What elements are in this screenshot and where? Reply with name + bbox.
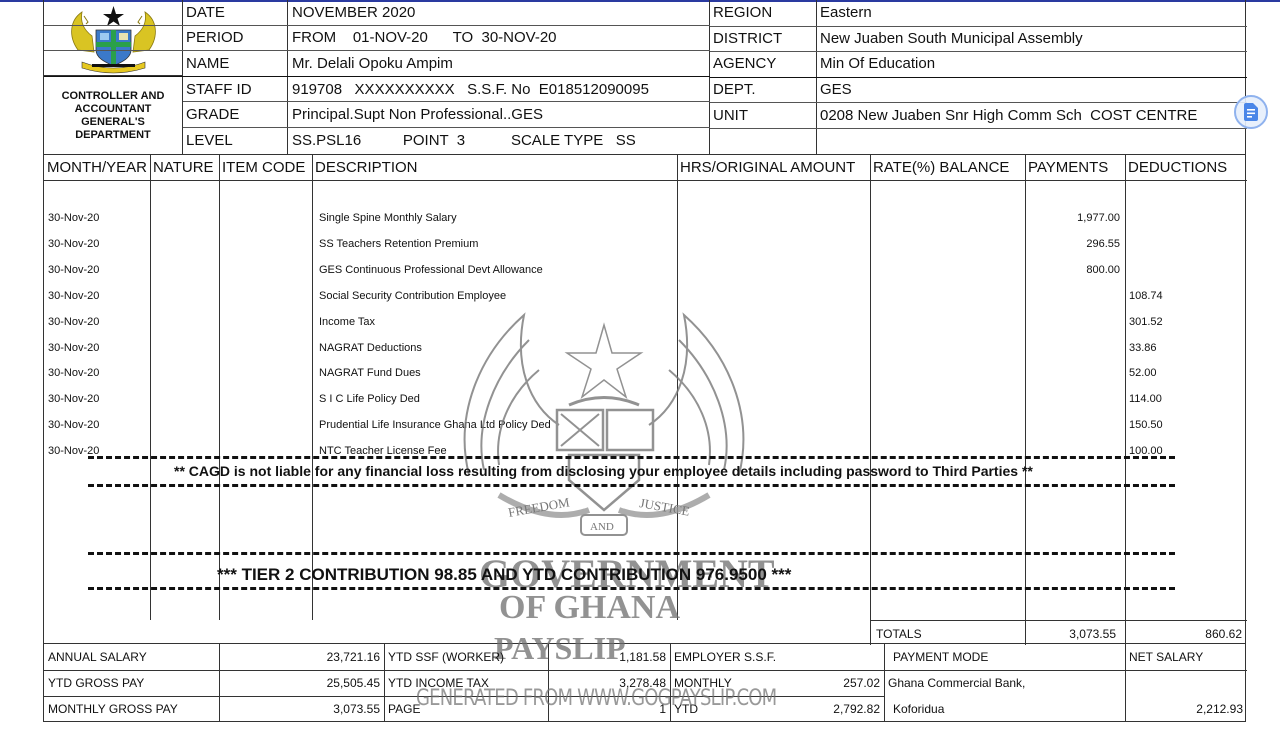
employer-ssf-label: EMPLOYER S.S.F. [670,644,780,670]
col-divider [150,155,151,620]
dashed-separator [88,456,1175,459]
floating-document-button[interactable] [1234,95,1268,129]
payment-mode-line2: Koforidua [889,696,948,722]
row-deduction: 52.00 [1129,367,1157,379]
row-description: NAGRAT Fund Dues [319,367,421,379]
col-month-year: MONTH/YEAR [44,155,150,181]
district-label: DISTRICT [710,26,817,52]
col-hrs-original-amount: HRS/ORIGINAL AMOUNT [677,155,870,181]
totals-label: TOTALS [876,627,922,641]
divider [710,51,1247,52]
row-month: 30-Nov-20 [48,264,99,276]
empty-value [817,128,1247,154]
dashed-separator [88,484,1175,487]
net-salary-value: 2,212.93 [1125,696,1247,722]
row-description: Social Security Contribution Employee [319,290,506,302]
header-row-dept: DEPT. GES [44,77,1247,103]
row-description: NAGRAT Deductions [319,342,422,354]
row-deduction: 301.52 [1129,316,1163,328]
col-divider [1125,155,1126,645]
col-rate-balance: RATE(%) BALANCE [870,155,1025,181]
agency-value: Min Of Education [817,51,1247,77]
col-deductions: DEDUCTIONS [1125,155,1247,181]
agency-label: AGENCY [710,51,817,77]
row-month: 30-Nov-20 [48,419,99,431]
dept-value: GES [817,77,1247,103]
totals-payments: 3,073.55 [1031,627,1116,641]
tier2-contribution: *** TIER 2 CONTRIBUTION 98.85 AND YTD CO… [217,565,791,585]
watermark-generated: GENERATED FROM WWW.GOGPAYSLIP.COM [416,686,776,711]
svg-text:FREEDOM: FREEDOM [507,494,571,520]
col-divider [870,155,871,645]
divider [710,26,1247,27]
col-divider [312,155,313,620]
dept-label: DEPT. [710,77,817,103]
divider [710,102,1247,103]
payslip-header: CONTROLLER AND ACCOUNTANT GENERAL'S DEPA… [43,0,1246,154]
svg-text:JUSTICE: JUSTICE [638,495,690,519]
row-description: GES Continuous Professional Devt Allowan… [319,264,543,276]
empty-label [710,128,817,154]
document-icon [1244,103,1258,121]
payment-mode-line1: Ghana Commercial Bank, [884,670,1029,696]
region-label: REGION [710,0,817,26]
col-nature: NATURE [150,155,219,181]
summary-row-1: ANNUAL SALARY 23,721.16 YTD SSF (WORKER)… [44,644,1247,670]
row-month: 30-Nov-20 [48,316,99,328]
unit-value: 0208 New Juaben Snr High Comm Sch COST C… [817,102,1247,128]
net-salary-label: NET SALARY [1125,644,1207,670]
monthly-gross-label: MONTHLY GROSS PAY [44,696,182,722]
col-divider [219,155,220,620]
row-deduction: 150.50 [1129,419,1163,431]
ytd-ssf-label: YTD SSF (WORKER) [384,644,508,670]
payslip-items-table: MONTH/YEAR NATURE ITEM CODE DESCRIPTION … [43,154,1246,644]
row-month: 30-Nov-20 [48,367,99,379]
row-deduction: 108.74 [1129,290,1163,302]
region-value: Eastern [817,0,1247,26]
row-month: 30-Nov-20 [48,290,99,302]
header-row-region: REGION Eastern [44,0,1247,26]
row-month: 30-Nov-20 [48,212,99,224]
col-divider [1025,155,1026,645]
header-row-agency: AGENCY Min Of Education [44,51,1247,77]
ytd-gross-label: YTD GROSS PAY [44,670,148,696]
row-payment: 1,977.00 [1025,212,1120,224]
district-value: New Juaben South Municipal Assembly [817,26,1247,52]
row-payment: 296.55 [1025,238,1120,250]
annual-salary-value: 23,721.16 [219,644,384,670]
row-description: Single Spine Monthly Salary [319,212,457,224]
payslip: CONTROLLER AND ACCOUNTANT GENERAL'S DEPA… [43,0,1246,725]
row-month: 30-Nov-20 [48,342,99,354]
payment-mode-label: PAYMENT MODE [889,644,992,670]
row-month: 30-Nov-20 [48,238,99,250]
row-deduction: 114.00 [1129,393,1162,405]
row-deduction: 33.86 [1129,342,1157,354]
col-payments: PAYMENTS [1025,155,1125,181]
row-description: SS Teachers Retention Premium [319,238,478,250]
watermark-of-ghana: OF GHANA [499,589,680,627]
header-row-empty [44,128,1247,154]
divider [710,77,1247,78]
ytd-gross-value: 25,505.45 [219,670,384,696]
header-row-district: DISTRICT New Juaben South Municipal Asse… [44,26,1247,52]
svg-text:AND: AND [590,521,614,533]
row-description: Income Tax [319,316,375,328]
divider [710,128,1247,129]
ytd-ssf-value: 1,181.58 [548,644,670,670]
row-payment: 800.00 [1025,264,1120,276]
row-month: 30-Nov-20 [48,393,99,405]
payslip-summary: PAYSLIP ANNUAL SALARY 23,721.16 YTD SSF … [43,644,1246,722]
unit-label: UNIT [710,102,817,128]
totals-row: TOTALS 3,073.55 860.62 [871,620,1247,645]
cagd-notice: ** CAGD is not liable for any financial … [174,463,1033,479]
header-row-unit: UNIT 0208 New Juaben Snr High Comm Sch C… [44,102,1247,128]
row-description: Prudential Life Insurance Ghana Ltd Poli… [319,419,551,431]
annual-salary-label: ANNUAL SALARY [44,644,151,670]
col-item-code: ITEM CODE [219,155,312,181]
monthly-gross-value: 3,073.55 [219,696,384,722]
totals-deductions: 860.62 [1126,627,1242,641]
col-description: DESCRIPTION [312,155,677,181]
row-description: S I C Life Policy Ded [319,393,420,405]
